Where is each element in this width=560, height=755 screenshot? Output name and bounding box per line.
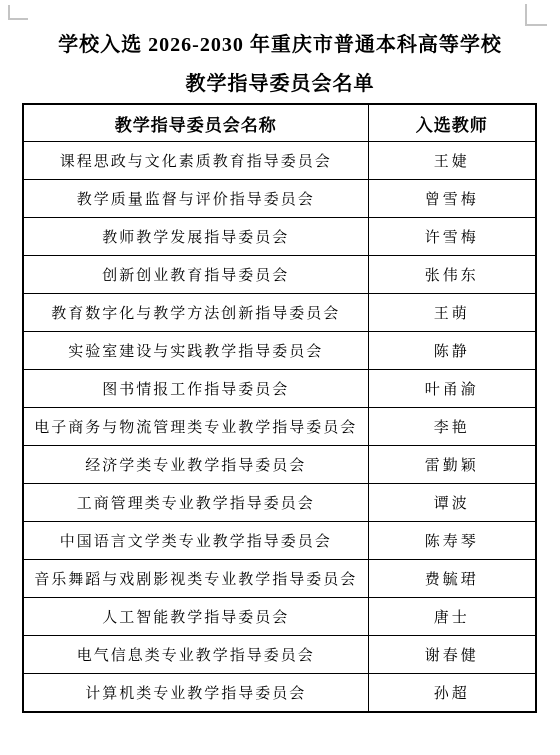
table-row: 计算机类专业教学指导委员会孙超 [23, 674, 536, 713]
teacher-name-cell: 谢春健 [368, 636, 536, 674]
column-header-teacher: 入选教师 [368, 104, 536, 142]
table-row: 实验室建设与实践教学指导委员会陈静 [23, 332, 536, 370]
committee-name-cell: 创新创业教育指导委员会 [23, 256, 368, 294]
table-row: 经济学类专业教学指导委员会雷勤颖 [23, 446, 536, 484]
teacher-name-cell: 陈静 [368, 332, 536, 370]
document-title-line1: 学校入选 2026-2030 年重庆市普通本科高等学校 [0, 26, 560, 65]
committee-name-cell: 图书情报工作指导委员会 [23, 370, 368, 408]
document-title: 学校入选 2026-2030 年重庆市普通本科高等学校 教学指导委员会名单 [0, 26, 560, 104]
committee-name-cell: 教学质量监督与评价指导委员会 [23, 180, 368, 218]
table-row: 音乐舞蹈与戏剧影视类专业教学指导委员会费毓珺 [23, 560, 536, 598]
teacher-name-cell: 王婕 [368, 142, 536, 180]
committee-name-cell: 音乐舞蹈与戏剧影视类专业教学指导委员会 [23, 560, 368, 598]
teacher-name-cell: 费毓珺 [368, 560, 536, 598]
committee-name-cell: 实验室建设与实践教学指导委员会 [23, 332, 368, 370]
table-row: 人工智能教学指导委员会唐士 [23, 598, 536, 636]
column-header-committee: 教学指导委员会名称 [23, 104, 368, 142]
table-row: 课程思政与文化素质教育指导委员会王婕 [23, 142, 536, 180]
teacher-name-cell: 谭波 [368, 484, 536, 522]
teacher-name-cell: 陈寿琴 [368, 522, 536, 560]
committee-name-cell: 电气信息类专业教学指导委员会 [23, 636, 368, 674]
table-row: 电气信息类专业教学指导委员会谢春健 [23, 636, 536, 674]
document-title-line2: 教学指导委员会名单 [0, 65, 560, 104]
table-row: 中国语言文学类专业教学指导委员会陈寿琴 [23, 522, 536, 560]
committee-name-cell: 教师教学发展指导委员会 [23, 218, 368, 256]
page-margin-corner-mark-right [525, 4, 547, 26]
committee-table: 教学指导委员会名称 入选教师 课程思政与文化素质教育指导委员会王婕教学质量监督与… [22, 103, 537, 713]
table-row: 教育数字化与教学方法创新指导委员会王萌 [23, 294, 536, 332]
committee-name-cell: 人工智能教学指导委员会 [23, 598, 368, 636]
teacher-name-cell: 雷勤颖 [368, 446, 536, 484]
page-margin-corner-mark-left [8, 5, 28, 20]
teacher-name-cell: 许雪梅 [368, 218, 536, 256]
committee-name-cell: 工商管理类专业教学指导委员会 [23, 484, 368, 522]
teacher-name-cell: 唐士 [368, 598, 536, 636]
teacher-name-cell: 孙超 [368, 674, 536, 713]
document-page: { "colors": { "text": "#000000", "table_… [0, 0, 560, 755]
committee-name-cell: 电子商务与物流管理类专业教学指导委员会 [23, 408, 368, 446]
table-row: 图书情报工作指导委员会叶甬渝 [23, 370, 536, 408]
table-row: 创新创业教育指导委员会张伟东 [23, 256, 536, 294]
table-row: 教师教学发展指导委员会许雪梅 [23, 218, 536, 256]
committee-name-cell: 中国语言文学类专业教学指导委员会 [23, 522, 368, 560]
teacher-name-cell: 王萌 [368, 294, 536, 332]
teacher-name-cell: 叶甬渝 [368, 370, 536, 408]
committee-name-cell: 课程思政与文化素质教育指导委员会 [23, 142, 368, 180]
teacher-name-cell: 李艳 [368, 408, 536, 446]
committee-name-cell: 教育数字化与教学方法创新指导委员会 [23, 294, 368, 332]
committee-name-cell: 计算机类专业教学指导委员会 [23, 674, 368, 713]
table-header-row: 教学指导委员会名称 入选教师 [23, 104, 536, 142]
table-row: 教学质量监督与评价指导委员会曾雪梅 [23, 180, 536, 218]
table-row: 工商管理类专业教学指导委员会谭波 [23, 484, 536, 522]
table-row: 电子商务与物流管理类专业教学指导委员会李艳 [23, 408, 536, 446]
teacher-name-cell: 张伟东 [368, 256, 536, 294]
committee-name-cell: 经济学类专业教学指导委员会 [23, 446, 368, 484]
teacher-name-cell: 曾雪梅 [368, 180, 536, 218]
